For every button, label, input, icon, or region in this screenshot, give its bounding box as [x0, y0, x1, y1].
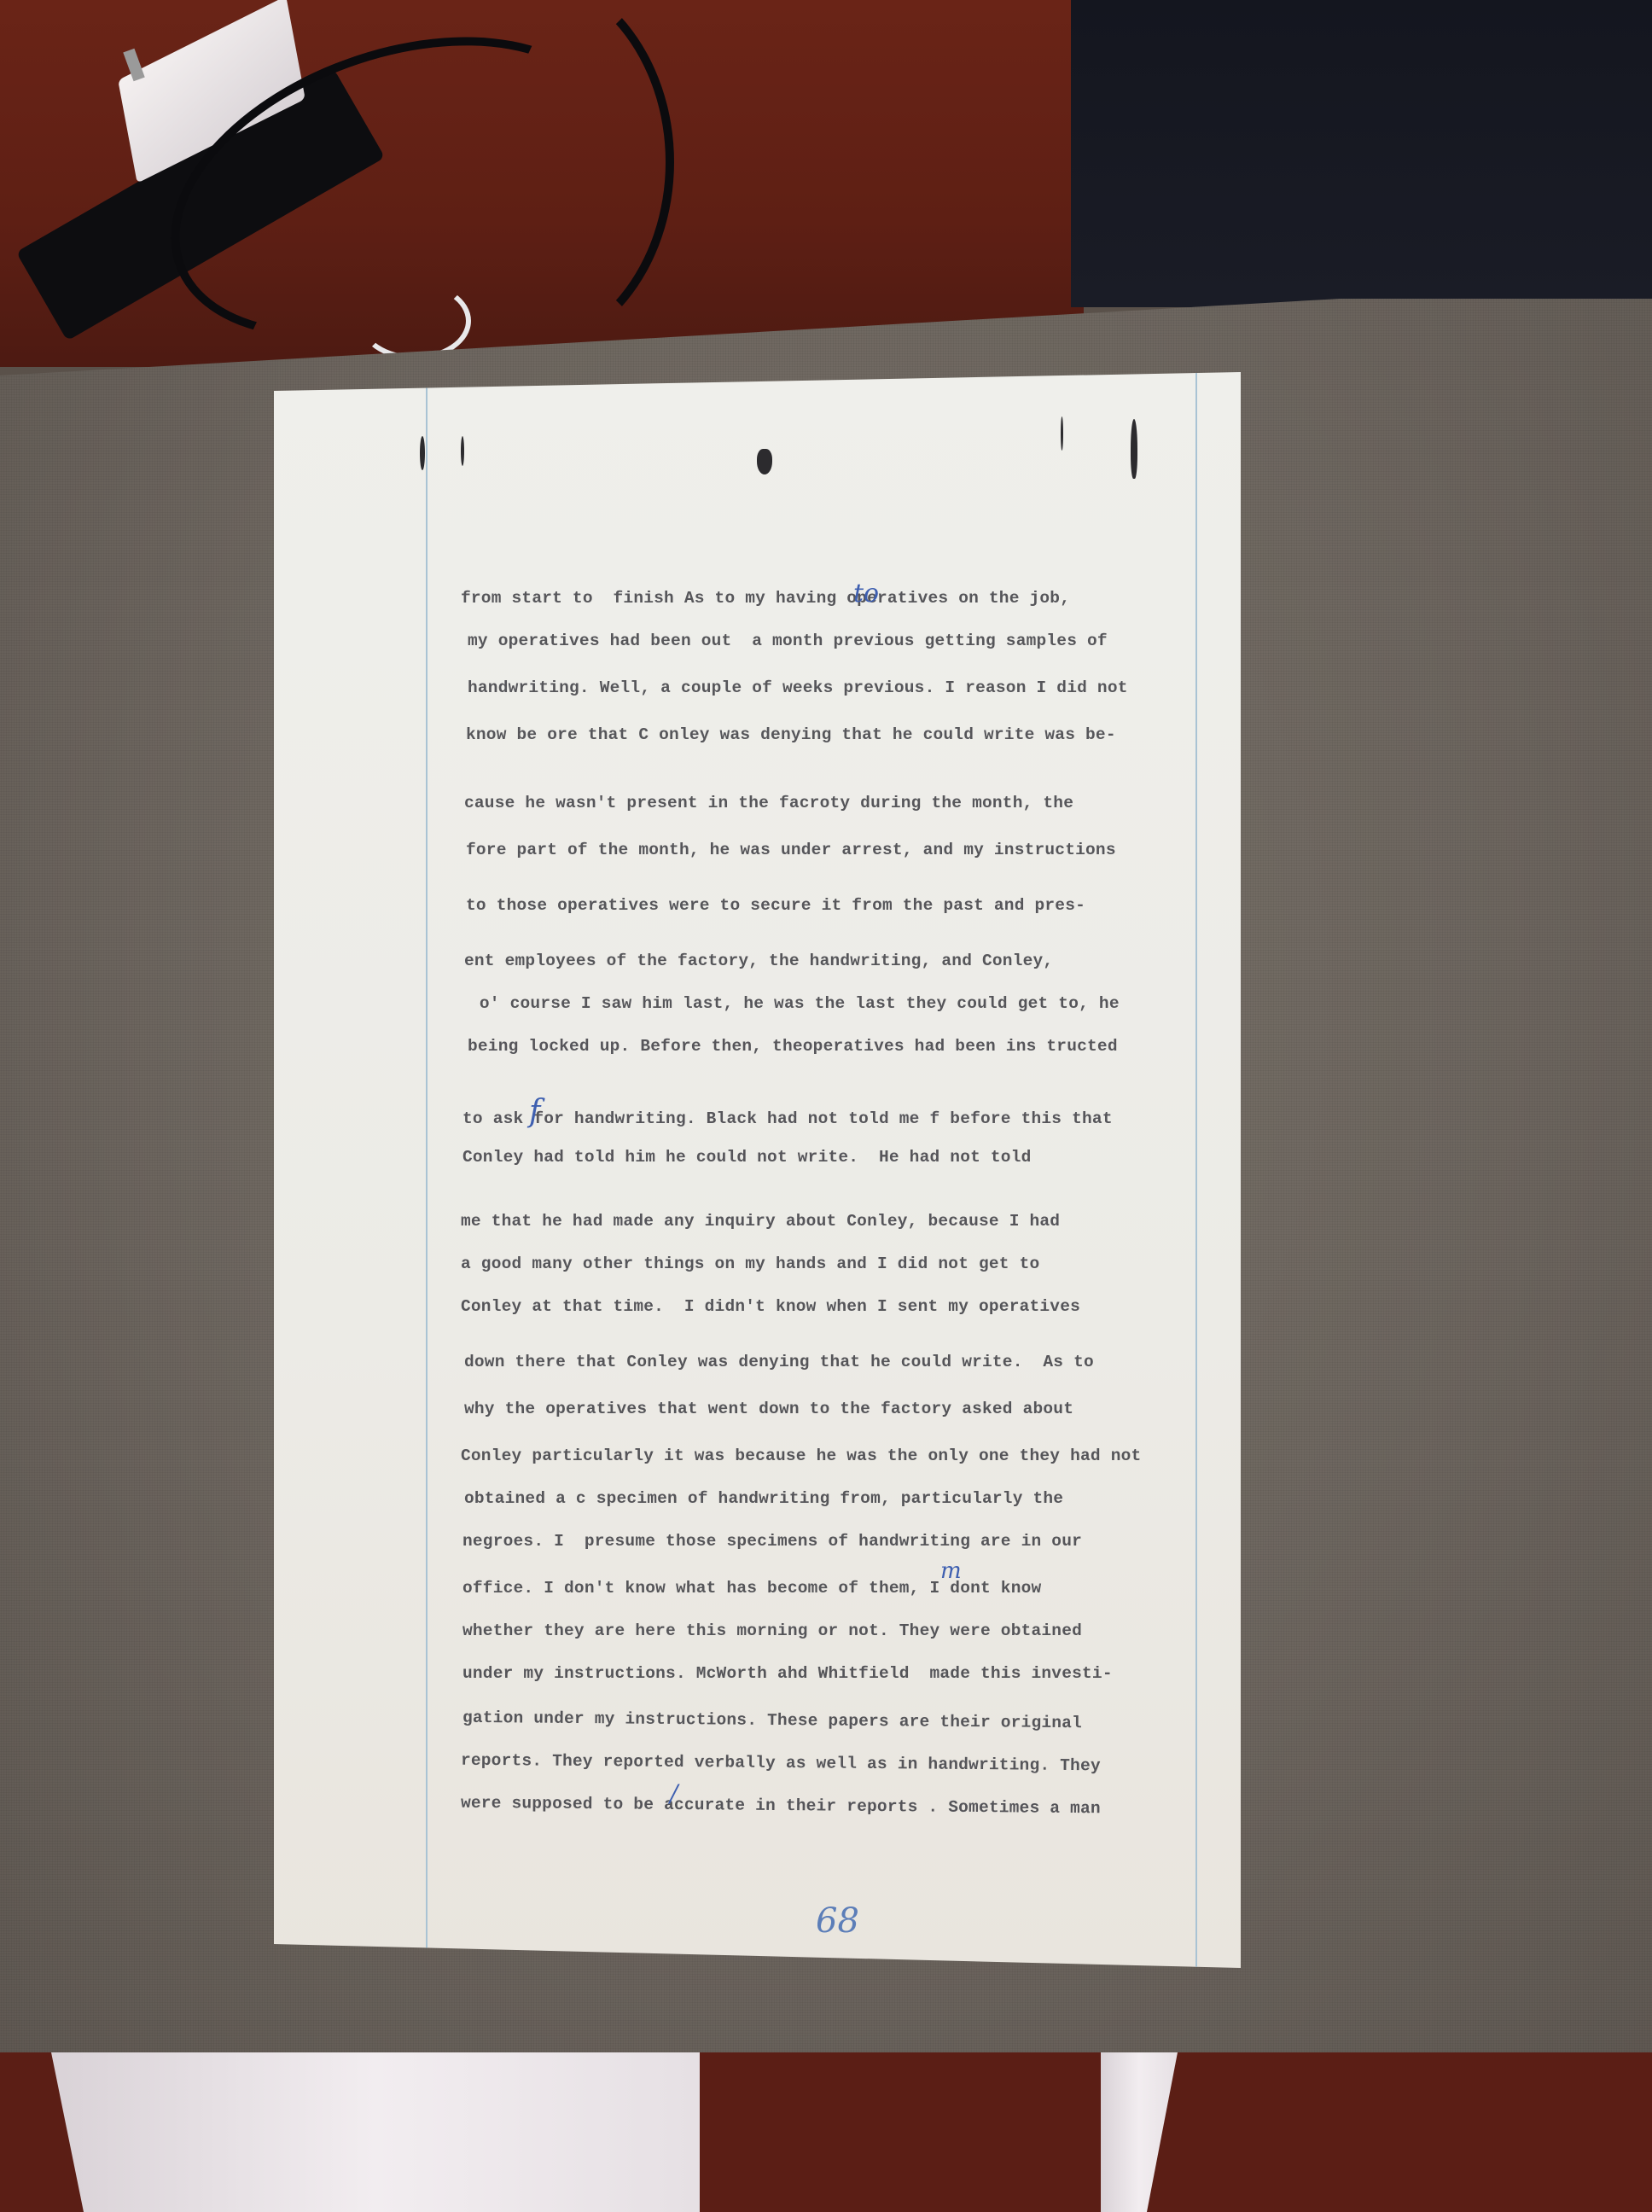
typed-line: a good many other things on my hands and… — [461, 1254, 1039, 1273]
typed-line: Conley had told him he could not write. … — [462, 1148, 1032, 1167]
light-reflection — [51, 2052, 700, 2212]
punch-hole — [757, 449, 772, 474]
typed-line: cause he wasn't present in the facroty d… — [464, 794, 1073, 812]
typed-line: why the operatives that went down to the… — [464, 1400, 1073, 1418]
page-number: 68 — [816, 1901, 859, 1941]
typed-line: to ask for handwriting. Black had not to… — [462, 1109, 1113, 1128]
typed-line: to those operatives were to secure it fr… — [466, 896, 1085, 915]
typed-line: obtained a c specimen of handwriting fro… — [464, 1489, 1063, 1508]
typed-line: handwriting. Well, a couple of weeks pre… — [468, 678, 1128, 697]
punch-hole — [1131, 419, 1137, 479]
typed-line: know be ore that C onley was denying tha… — [466, 725, 1116, 744]
typed-line: Conley at that time. I didn't know when … — [461, 1297, 1080, 1316]
dark-fabric-panel — [1071, 0, 1652, 307]
typed-line: o' course I saw him last, he was the las… — [469, 994, 1120, 1013]
left-margin-line — [426, 372, 428, 1968]
typed-line: under my instructions. McWorth ahd Whitf… — [462, 1664, 1113, 1683]
white-cable — [358, 282, 471, 360]
typed-line: whether they are here this morning or no… — [462, 1621, 1082, 1640]
handwritten-annotation: to — [853, 579, 879, 608]
handwritten-annotation: m — [940, 1558, 962, 1584]
typed-line: from start to finish As to my having ope… — [461, 589, 1070, 608]
punch-hole — [420, 436, 425, 470]
typed-line: my operatives had been out a month previ… — [468, 632, 1108, 650]
typed-line: negroes. I presume those specimens of ha… — [462, 1532, 1082, 1551]
typed-line: being locked up. Before then, theoperati… — [468, 1037, 1118, 1056]
typed-line: Conley particularly it was because he wa… — [461, 1447, 1141, 1465]
punch-hole — [461, 436, 464, 466]
typed-line: fore part of the month, he was under arr… — [466, 841, 1116, 859]
typed-line: ent employees of the factory, the handwr… — [464, 952, 1053, 970]
handwritten-annotation: / — [670, 1779, 678, 1807]
right-margin-line — [1195, 372, 1197, 1968]
typed-line: me that he had made any inquiry about Co… — [461, 1212, 1060, 1231]
handwritten-annotation: f — [529, 1094, 540, 1129]
typed-line: down there that Conley was denying that … — [464, 1353, 1094, 1371]
punch-hole — [1061, 416, 1063, 451]
